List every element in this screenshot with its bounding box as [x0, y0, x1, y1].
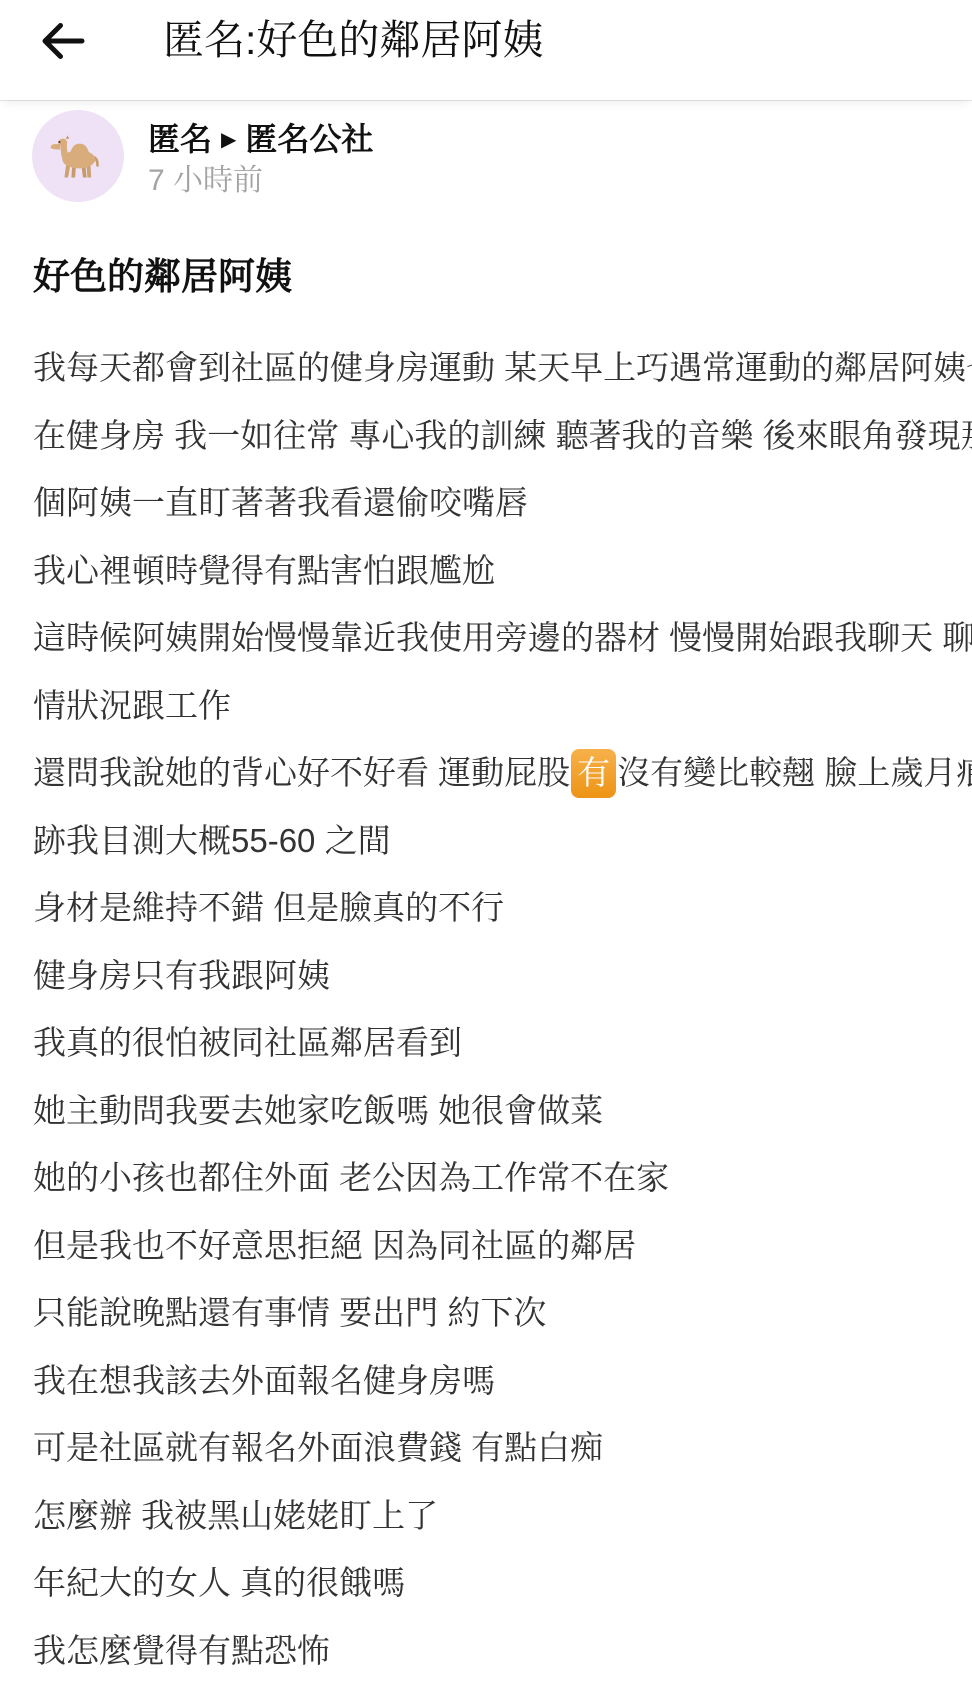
post-body-line: 但是我也不好意思拒絕 因為同社區的鄰居 — [33, 1212, 948, 1280]
post-body-line: 我怎麼覺得有點恐怖 — [33, 1617, 948, 1685]
author-name: 匿名 — [148, 121, 212, 157]
app-bar-title: 匿名:好色的鄰居阿姨 — [163, 11, 543, 69]
post-body-line: 年紀大的女人 真的很餓嗎 — [33, 1549, 948, 1617]
post-body-line: 我每天都會到社區的健身房運動 某天早上巧遇常運動的鄰居阿姨也 — [33, 334, 948, 402]
community-name: 匿名公社 — [245, 121, 373, 157]
timestamp: 7 小時前 — [148, 161, 263, 201]
post-body-line: 健身房只有我跟阿姨 — [33, 942, 948, 1010]
post-body-line-highlighted: 還問我說她的背心好不好看 運動屁股有沒有變比較翹 臉上歲月痕 — [33, 739, 948, 807]
back-button[interactable] — [34, 12, 92, 70]
author-row[interactable]: 匿名▶匿名公社 — [148, 118, 373, 161]
post-body-line: 怎麼辦 我被黑山姥姥盯上了 — [33, 1482, 948, 1550]
post-body-line: 我心裡頓時覺得有點害怕跟尷尬 — [33, 537, 948, 605]
line-text-pre: 還問我說她的背心好不好看 運動屁股 — [33, 754, 570, 791]
community-arrow-icon: ▶ — [221, 129, 236, 151]
camel-icon — [45, 123, 111, 189]
post-body-line: 只能說晚點還有事情 要出門 約下次 — [33, 1279, 948, 1347]
highlighted-text: 有 — [571, 749, 616, 798]
back-arrow-icon — [39, 17, 87, 65]
post-body-line: 她主動問我要去她家吃飯嗎 她很會做菜 — [33, 1077, 948, 1145]
post-title: 好色的鄰居阿姨 — [33, 246, 292, 300]
post-body-line: 跡我目測大概55-60 之間 — [33, 807, 948, 875]
post-body-line: 可是社區就有報名外面浪費錢 有點白痴 — [33, 1414, 948, 1482]
post-body-line: 她的小孩也都住外面 老公因為工作常不在家 — [33, 1144, 948, 1212]
app-bar: 匿名:好色的鄰居阿姨 — [0, 0, 972, 100]
post-body-line: 情狀況跟工作 — [33, 672, 948, 740]
post-body-line: 個阿姨一直盯著著我看還偷咬嘴唇 — [33, 469, 948, 537]
avatar[interactable] — [32, 110, 124, 202]
post-body: 我每天都會到社區的健身房運動 某天早上巧遇常運動的鄰居阿姨也 在健身房 我一如往… — [33, 334, 948, 1684]
post-body-line: 我真的很怕被同社區鄰居看到 — [33, 1009, 948, 1077]
post-body-line: 身材是維持不錯 但是臉真的不行 — [33, 874, 948, 942]
screen: 匿名:好色的鄰居阿姨 — [0, 0, 972, 1704]
post-body-line: 在健身房 我一如往常 專心我的訓練 聽著我的音樂 後來眼角發現那 — [33, 402, 948, 470]
line-text-post: 沒有變比較翹 臉上歲月痕 — [617, 754, 972, 791]
post-body-line: 這時候阿姨開始慢慢靠近我使用旁邊的器材 慢慢開始跟我聊天 聊感 — [33, 604, 948, 672]
post-body-line: 我在想我該去外面報名健身房嗎 — [33, 1347, 948, 1415]
